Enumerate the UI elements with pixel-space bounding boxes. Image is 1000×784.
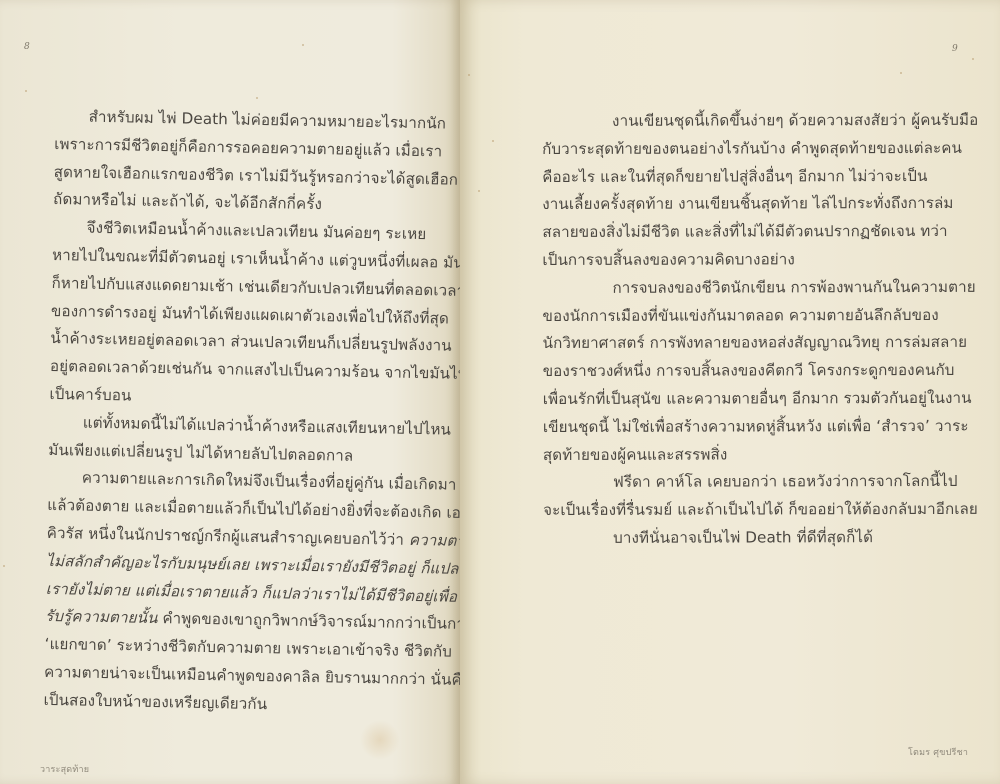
text-line: เป็นการจบสิ้นลงของความคิดบางอย่าง: [542, 246, 962, 275]
left-page: 8 สำหรับผม ไพ่ Death ไม่ค่อยมีความหมายอะ…: [0, 0, 462, 784]
text-line: ฟรีดา คาห์โล เคยบอกว่า เธอหวังว่าการจากโ…: [543, 468, 963, 497]
text-line: เขียนชุดนี้ ไม่ใช่เพื่อสร้างความหดหู่สิ้…: [543, 413, 963, 442]
text-segment: คำพูดของเขาถูกวิพากษ์วิจารณ์มากกว่าเป็นก…: [157, 609, 473, 633]
text-segment: คิวรัส หนึ่งในนักปราชญ์กรีกผู้แสนสำราญเค…: [47, 524, 409, 549]
paper-speck: [468, 74, 470, 76]
paper-speck: [972, 58, 974, 60]
book-spread: 8 สำหรับผม ไพ่ Death ไม่ค่อยมีความหมายอะ…: [0, 0, 1000, 784]
paper-speck: [900, 72, 902, 74]
paper-stain: [360, 720, 400, 760]
right-page: 9 งานเขียนชุดนี้เกิดขึ้นง่ายๆ ด้วยความสง…: [460, 0, 1000, 784]
paper-speck: [492, 140, 494, 142]
quote-segment: เรายังไม่ตาย แต่เมื่อเราตายแล้ว ก็แปลว่า…: [46, 579, 458, 605]
text-line: งานเขียนชุดนี้เกิดขึ้นง่ายๆ ด้วยความสงสั…: [542, 107, 962, 136]
paper-speck: [25, 90, 27, 92]
text-line: ของราชวงศ์หนึ่ง การจบสิ้นลงของคีตกวี โคร…: [543, 357, 963, 386]
paper-speck: [3, 565, 5, 567]
running-footer-left: วาระสุดท้าย: [40, 762, 89, 776]
quote-segment: ไม่สลักสำคัญอะไรกับมนุษย์เลย เพราะเมื่อเ…: [46, 552, 476, 578]
paper-speck: [478, 190, 480, 192]
text-line: งานเลี้ยงครั้งสุดท้าย งานเขียนชิ้นสุดท้า…: [542, 190, 962, 219]
text-line: กับวาระสุดท้ายของตนอย่างไรกันบ้าง คำพูดส…: [542, 135, 962, 164]
right-page-body: งานเขียนชุดนี้เกิดขึ้นง่ายๆ ด้วยความสงสั…: [542, 107, 963, 553]
text-line: การจบลงของชีวิตนักเขียน การพ้องพานกันในค…: [542, 274, 962, 303]
text-line: บางทีนั่นอาจเป็นไพ่ Death ที่ดีที่สุดก็ไ…: [543, 524, 963, 553]
text-line: คืออะไร และในที่สุดก็ขยายไปสู่สิ่งอื่นๆ …: [542, 162, 962, 191]
left-page-body: สำหรับผม ไพ่ Death ไม่ค่อยมีความหมายอะไร…: [43, 103, 435, 722]
text-line: สลายของสิ่งไม่มีชีวิต และสิ่งที่ไม่ได้มี…: [542, 218, 962, 247]
page-number-left: 8: [24, 42, 30, 52]
paper-speck: [302, 44, 304, 46]
text-line: เพื่อนรักที่เป็นสุนัข และความตายอื่นๆ อี…: [543, 385, 963, 414]
text-line: สุดท้ายของผู้คนและสรรพสิ่ง: [543, 440, 963, 469]
text-line: นักวิทยาศาสตร์ การพังทลายของหอส่งสัญญาณว…: [543, 329, 963, 358]
text-line: ของนักการเมืองที่ขันแข่งกันมาตลอด ความตา…: [543, 301, 963, 330]
page-number-right: 9: [952, 44, 958, 54]
text-line: จะเป็นเรื่องที่รื่นรมย์ และถ้าเป็นไปได้ …: [543, 496, 963, 525]
quote-segment: รับรู้ความตายนั้น: [45, 607, 158, 627]
running-footer-right: โตมร ศุขปรีชา: [908, 745, 968, 759]
paper-speck: [256, 97, 258, 99]
